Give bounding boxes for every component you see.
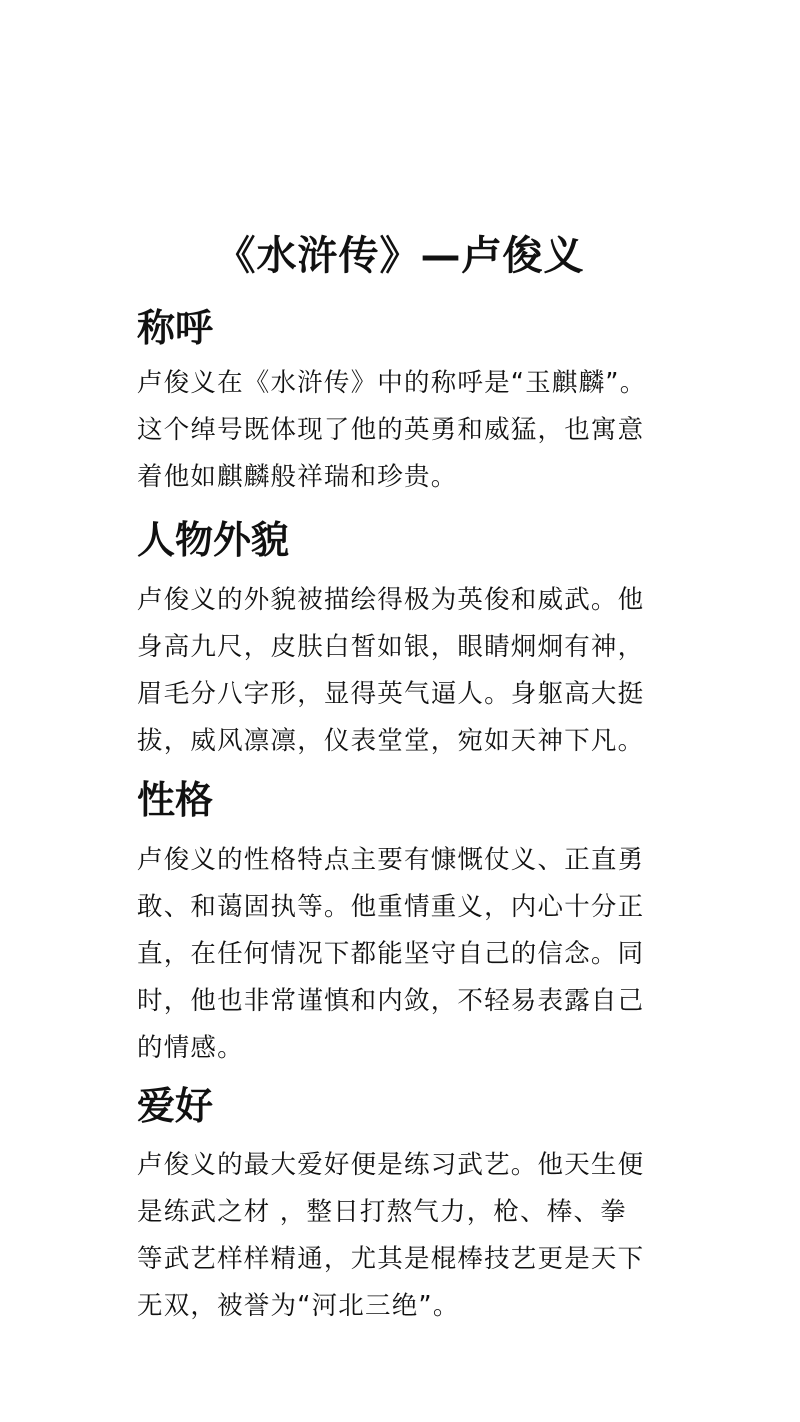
section-body-appearance: 卢俊义的外貌被描绘得极为英俊和威武。他 身高九尺，皮肤白皙如银，眼睛炯炯有神， …: [137, 577, 667, 765]
paragraph-line: 无双，被誉为“河北三绝”。: [137, 1283, 667, 1330]
paragraph-line: 这个绰号既体现了他的英勇和威猛，也寓意: [137, 407, 667, 454]
section-heading-nickname: 称呼: [137, 302, 213, 354]
paragraph-line: 卢俊义的性格特点主要有慷慨仗义、正直勇: [137, 837, 667, 884]
paragraph-line: 身高九尺，皮肤白皙如银，眼睛炯炯有神，: [137, 624, 667, 671]
paragraph-line: 卢俊义的最大爱好便是练习武艺。他天生便: [137, 1142, 667, 1189]
section-heading-appearance: 人物外貌: [137, 514, 289, 566]
section-body-hobbies: 卢俊义的最大爱好便是练习武艺。他天生便 是练武之材 ，整日打熬气力，枪、棒、拳 …: [137, 1142, 667, 1330]
paragraph-line: 直，在任何情况下都能坚守自己的信念。同: [137, 931, 667, 978]
paragraph-line: 拔，威风凛凛，仪表堂堂，宛如天神下凡。: [137, 718, 667, 765]
paragraph-line: 卢俊义在《水浒传》中的称呼是“玉麒麟”。: [137, 360, 667, 407]
section-body-personality: 卢俊义的性格特点主要有慷慨仗义、正直勇 敢、和蔼固执等。他重情重义，内心十分正 …: [137, 837, 667, 1072]
paragraph-line: 敢、和蔼固执等。他重情重义，内心十分正: [137, 884, 667, 931]
paragraph-line: 眉毛分八字形，显得英气逼人。身躯高大挺: [137, 671, 667, 718]
paragraph-line: 着他如麒麟般祥瑞和珍贵。: [137, 454, 667, 501]
paragraph-line: 时，他也非常谨慎和内敛，不轻易表露自己: [137, 978, 667, 1025]
paragraph-line: 的情感。: [137, 1025, 667, 1072]
section-heading-hobbies: 爱好: [137, 1080, 213, 1132]
paragraph-line: 卢俊义的外貌被描绘得极为英俊和威武。他: [137, 577, 667, 624]
paragraph-line: 是练武之材 ，整日打熬气力，枪、棒、拳: [137, 1189, 667, 1236]
document-title: 《水浒传》—卢俊义: [0, 228, 800, 284]
section-body-nickname: 卢俊义在《水浒传》中的称呼是“玉麒麟”。 这个绰号既体现了他的英勇和威猛，也寓意…: [137, 360, 667, 501]
paragraph-line: 等武艺样样精通，尤其是棍棒技艺更是天下: [137, 1236, 667, 1283]
section-heading-personality: 性格: [137, 774, 213, 826]
